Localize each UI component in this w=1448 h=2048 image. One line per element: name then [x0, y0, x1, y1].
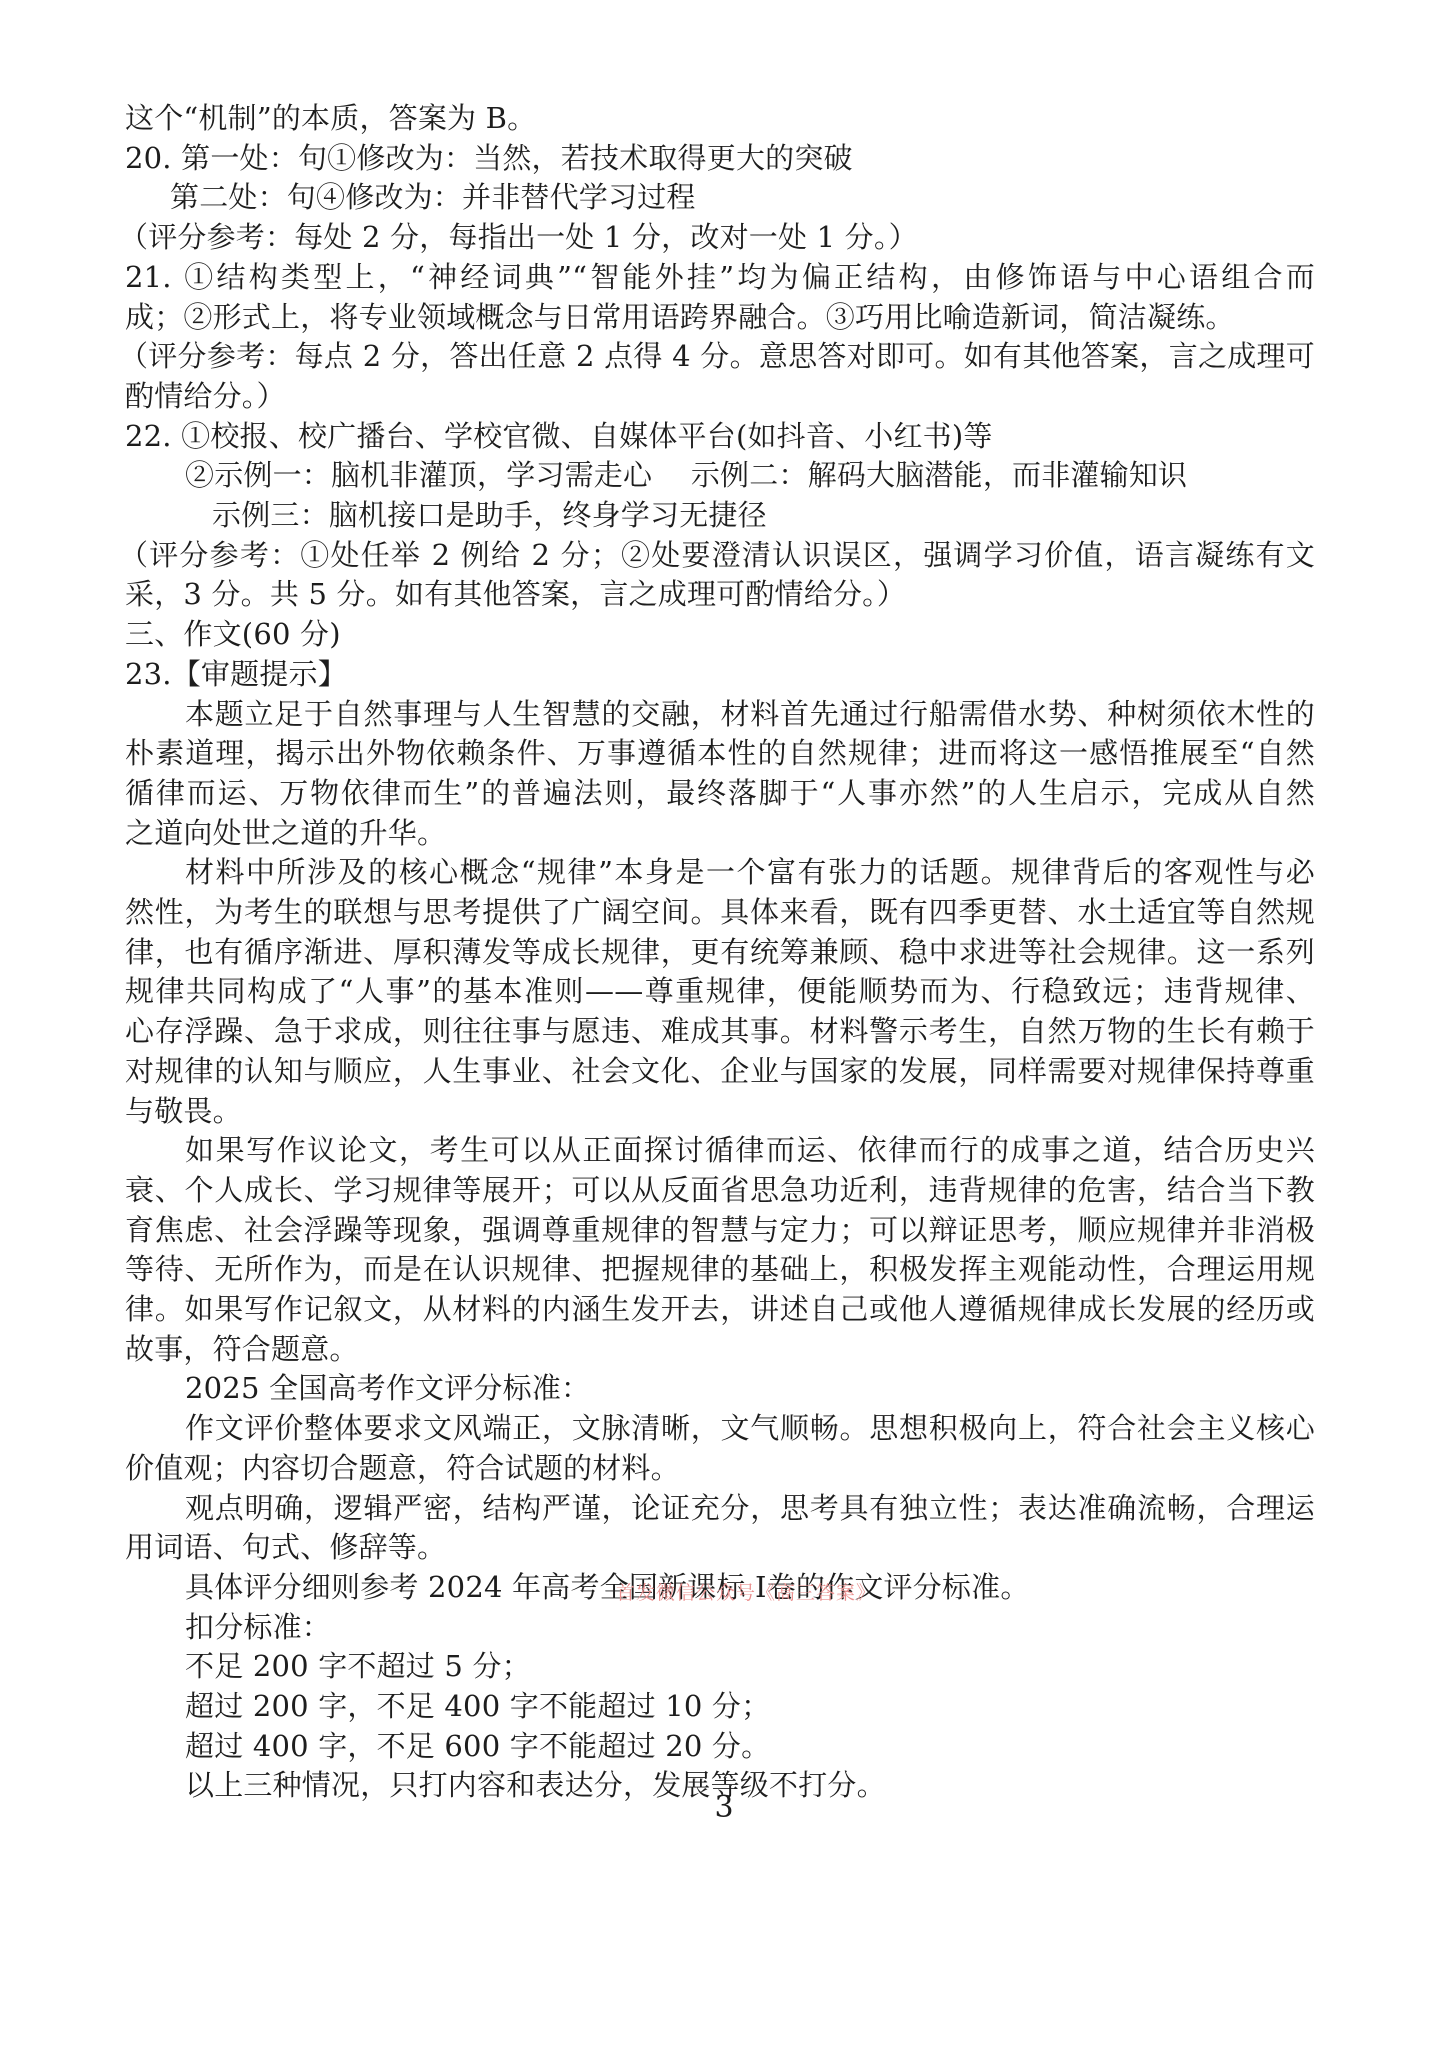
text-line: 育焦虑、社会浮躁等现象，强调尊重规律的智慧与定力；可以辩证思考，顺应规律并非消极 — [125, 1210, 1315, 1250]
text-line: 循律而运、万物依律而生”的普遍法则，最终落脚于“人事亦然”的人生启示，完成从自然 — [125, 773, 1315, 813]
text-line: 2025 全国高考作文评分标准： — [185, 1368, 1315, 1408]
text-line: 超过 200 字，不足 400 字不能超过 10 分； — [185, 1686, 1315, 1726]
text-line: 如果写作议论文，考生可以从正面探讨循律而运、依律而行的成事之道，结合历史兴 — [185, 1130, 1315, 1170]
text-line: 价值观；内容切合题意，符合试题的材料。 — [125, 1448, 1315, 1488]
text-line: （评分参考：每处 2 分，每指出一处 1 分，改对一处 1 分。） — [119, 217, 1315, 257]
text-line: 示例三：脑机接口是助手，终身学习无捷径 — [212, 495, 1315, 535]
text-line: 律，也有循序渐进、厚积薄发等成长规律，更有统筹兼顾、稳中求进等社会规律。这一系列 — [125, 932, 1315, 972]
text-line: 观点明确，逻辑严密，结构严谨，论证充分，思考具有独立性；表达准确流畅，合理运 — [185, 1488, 1315, 1528]
text-line: （评分参考：①处任举 2 例给 2 分；②处要澄清认识误区，强调学习价值，语言凝… — [119, 535, 1315, 575]
text-line: （评分参考：每点 2 分，答出任意 2 点得 4 分。意思答对即可。如有其他答案… — [119, 336, 1315, 376]
text-line: 作文评价整体要求文风端正，文脉清晰，文气顺畅。思想积极向上，符合社会主义核心 — [185, 1408, 1315, 1448]
text-line: 这个“机制”的本质，答案为 B。 — [125, 98, 1315, 138]
text-line: 扣分标准： — [185, 1607, 1315, 1647]
text-line: 然性，为考生的联想与思考提供了广阔空间。具体来看，既有四季更替、水土适宜等自然规 — [125, 892, 1315, 932]
text-line: 三、作文(60 分) — [125, 614, 1315, 654]
text-line: 23.【审题提示】 — [125, 654, 1315, 694]
text-line: 20. 第一处：句①修改为：当然，若技术取得更大的突破 — [125, 138, 1315, 178]
text-line: 故事，符合题意。 — [125, 1329, 1315, 1369]
text-line: 心存浮躁、急于求成，则往往事与愿违、难成其事。材料警示考生，自然万物的生长有赖于 — [125, 1011, 1315, 1051]
watermark: 首发微信公众号《高三答案》 — [616, 1581, 876, 1605]
text-line: ②示例一：脑机非灌顶，学习需走心 示例二：解码大脑潜能，而非灌输知识 — [185, 455, 1315, 495]
text-line: 规律共同构成了“人事”的基本准则——尊重规律，便能顺势而为、行稳致远；违背规律、 — [125, 971, 1315, 1011]
text-line: 材料中所涉及的核心概念“规律”本身是一个富有张力的话题。规律背后的客观性与必 — [185, 852, 1315, 892]
text-line: 之道向处世之道的升华。 — [125, 813, 1315, 853]
text-line: 用词语、句式、修辞等。 — [125, 1527, 1315, 1567]
text-line: 等待、无所作为，而是在认识规律、把握规律的基础上，积极发挥主观能动性，合理运用规 — [125, 1249, 1315, 1289]
text-line: 成；②形式上，将专业领域概念与日常用语跨界融合。③巧用比喻造新词，简洁凝练。 — [125, 297, 1315, 337]
text-line: 超过 400 字，不足 600 字不能超过 20 分。 — [185, 1726, 1315, 1766]
text-line: 衰、个人成长、学习规律等展开；可以从反面省思急功近利，违背规律的危害，结合当下教 — [125, 1170, 1315, 1210]
text-line: 第二处：句④修改为：并非替代学习过程 — [170, 177, 1315, 217]
text-line: 与敬畏。 — [125, 1091, 1315, 1131]
page-number: 3 — [0, 1790, 1448, 1825]
text-line: 不足 200 字不超过 5 分； — [185, 1646, 1315, 1686]
text-line: 21. ①结构类型上，“神经词典”“智能外挂”均为偏正结构，由修饰语与中心语组合… — [125, 257, 1315, 297]
answer-key-page: 这个“机制”的本质，答案为 B。20. 第一处：句①修改为：当然，若技术取得更大… — [0, 0, 1448, 2048]
text-line: 22. ①校报、校广播台、学校官微、自媒体平台(如抖音、小红书)等 — [125, 416, 1315, 456]
text-line: 律。如果写作记叙文，从材料的内涵生发开去，讲述自己或他人遵循规律成长发展的经历或 — [125, 1289, 1315, 1329]
text-line: 本题立足于自然事理与人生智慧的交融，材料首先通过行船需借水势、种树须依木性的 — [185, 694, 1315, 734]
text-line: 对规律的认知与顺应，人生事业、社会文化、企业与国家的发展，同样需要对规律保持尊重 — [125, 1051, 1315, 1091]
text-line: 朴素道理，揭示出外物依赖条件、万事遵循本性的自然规律；进而将这一感悟推展至“自然 — [125, 733, 1315, 773]
text-line: 酌情给分。） — [125, 376, 1315, 416]
text-line: 采，3 分。共 5 分。如有其他答案，言之成理可酌情给分。） — [125, 574, 1315, 614]
